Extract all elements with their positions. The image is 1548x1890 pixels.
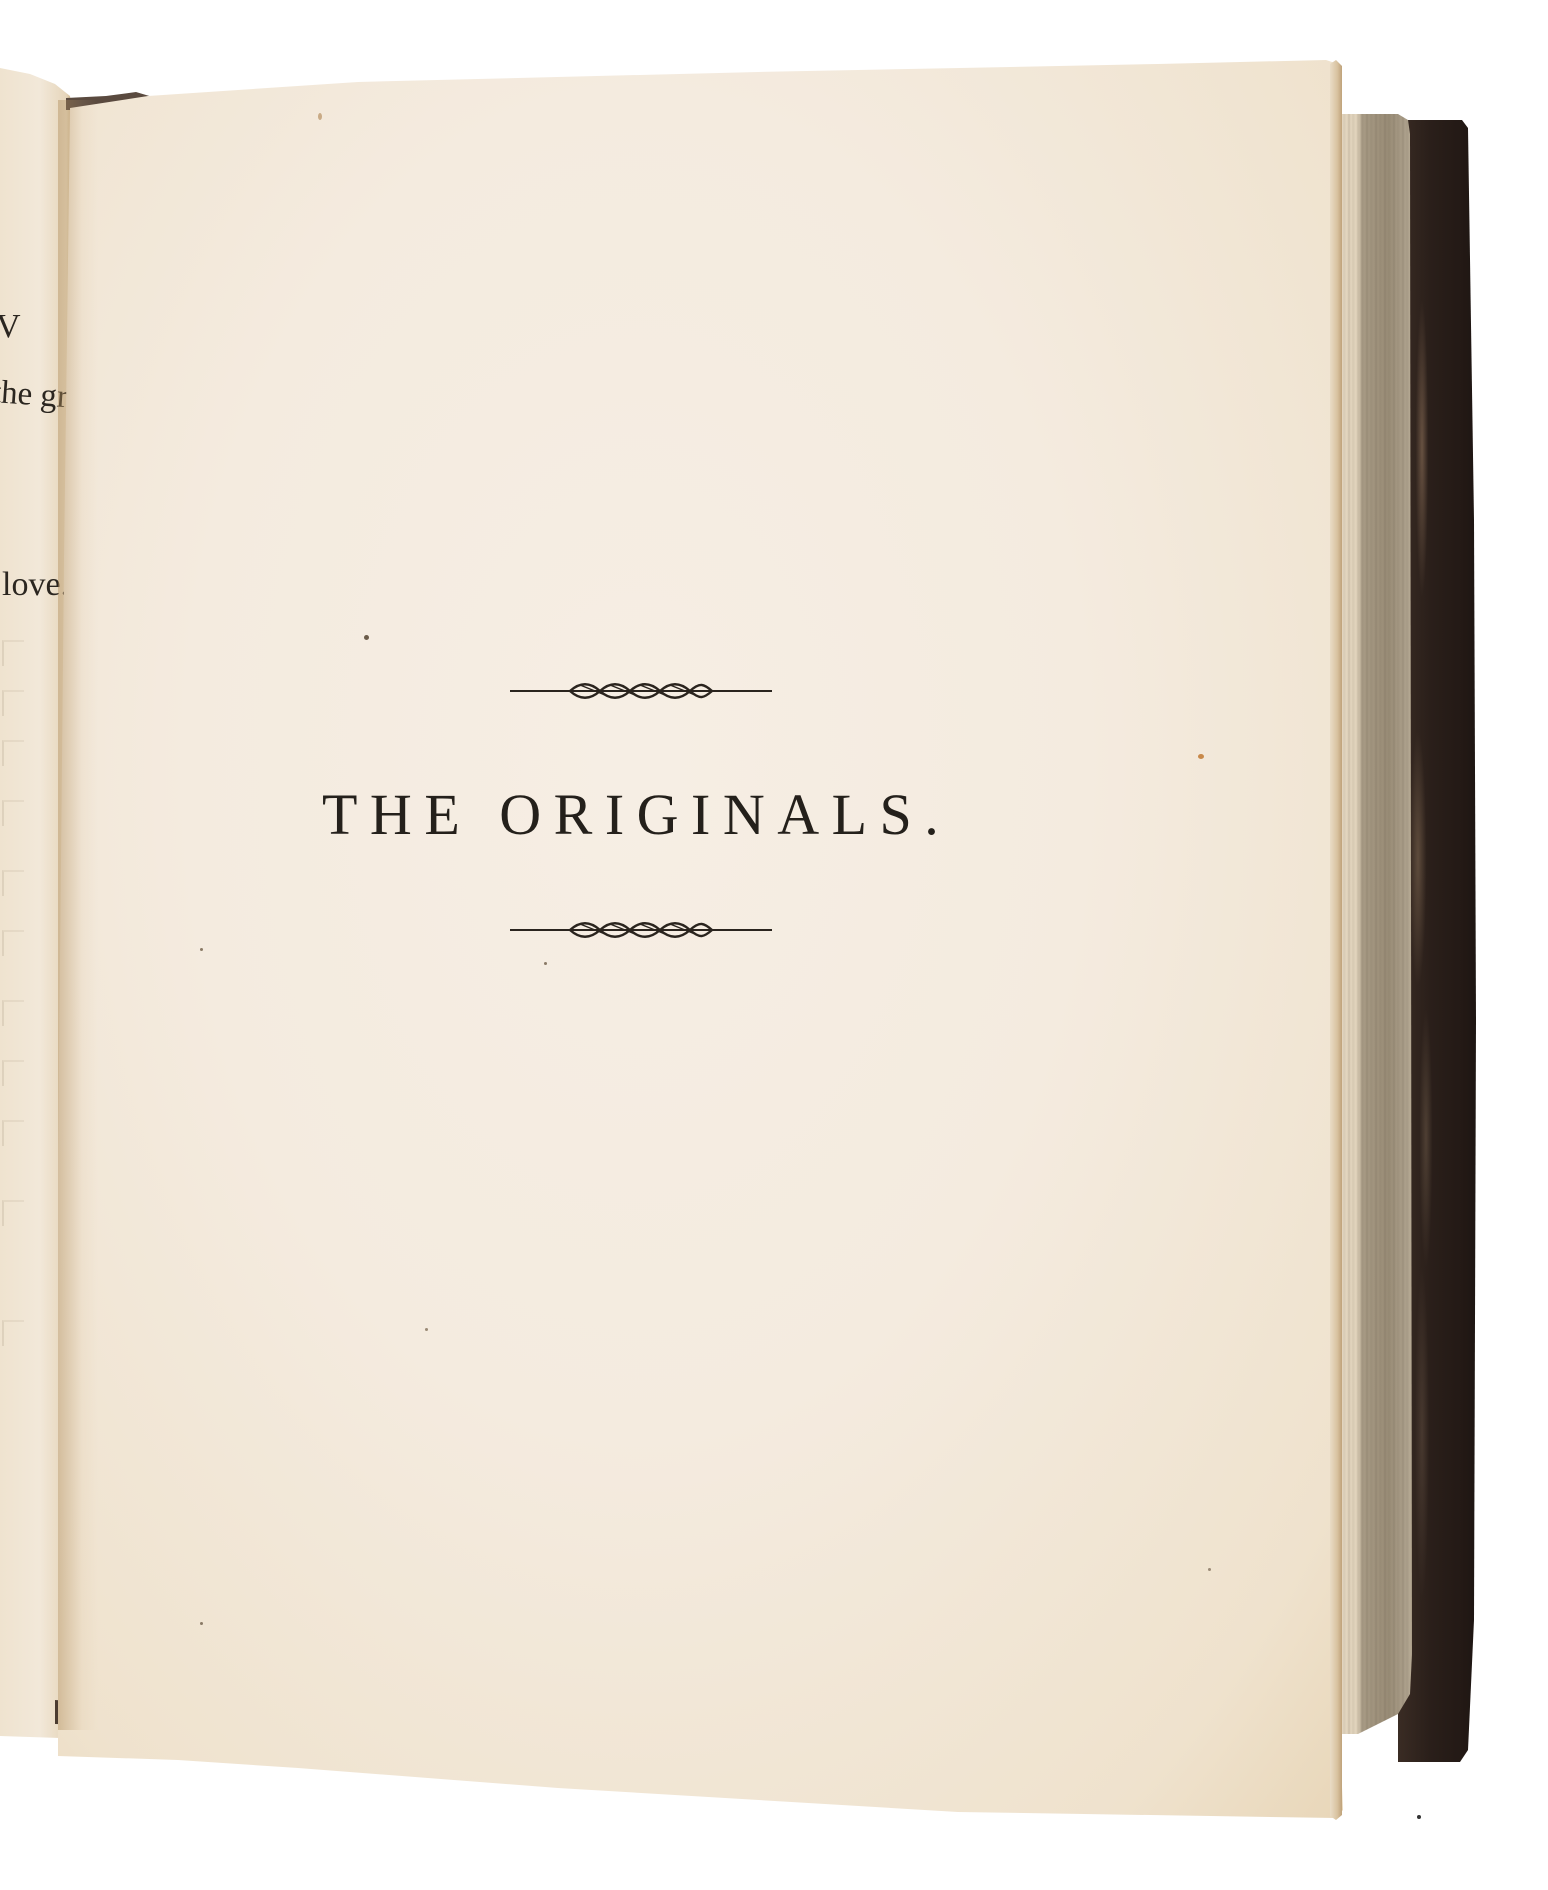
show-through-mark [2,690,24,716]
foxing-speck [364,635,369,640]
page-block-fore-edge [1338,114,1416,1734]
foxing-speck [200,1622,203,1625]
show-through-mark [2,740,24,766]
show-through-mark [2,1320,24,1346]
show-through-mark [2,870,24,896]
foxing-speck [200,948,203,951]
show-through-mark [2,1120,24,1146]
foxing-speck [1198,754,1204,759]
show-through-mark [2,1060,24,1086]
page-title: THE ORIGINALS. [322,786,982,844]
foxing-speck [1208,1568,1211,1571]
gutter-shadow [58,100,98,1730]
show-through-mark [2,640,24,666]
twisted-rope-rule-icon [508,680,774,704]
twisted-rope-rule-icon [508,919,774,943]
foxing-speck [544,962,547,965]
foxing-speck [318,113,322,120]
show-through-mark [2,1200,24,1226]
show-through-mark [2,930,24,956]
right-page-edge [1330,60,1342,1820]
dust-speck [1417,1815,1421,1819]
show-through-mark [2,1000,24,1026]
foxing-speck [425,1328,428,1331]
left-page-fragment-v: V [0,310,21,344]
show-through-mark [2,800,24,826]
